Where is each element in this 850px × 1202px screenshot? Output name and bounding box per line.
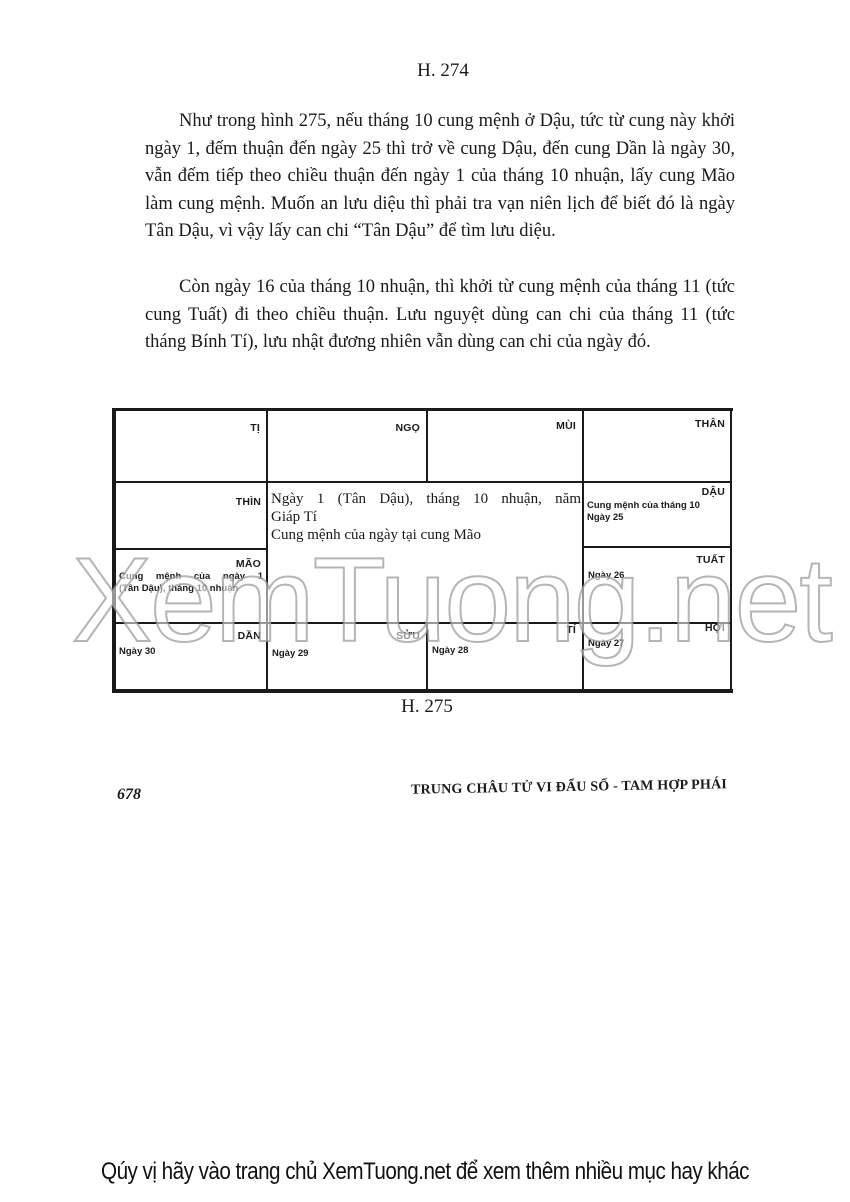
grid-line (112, 481, 732, 483)
center-line-2: Giáp Tí (271, 508, 581, 526)
dau-note-line-2: Ngày 25 (587, 512, 727, 524)
promo-banner: Qúy vị hãy vào trang chủ XemTuong.net để… (60, 1158, 791, 1186)
running-title: TRUNG CHÂU TỬ VI ĐẨU SỐ - TAM HỢP PHÁI (411, 777, 727, 799)
cell-label-mui: MÙI (428, 420, 576, 432)
cell-label-thin: THÌN (116, 496, 261, 508)
cell-label-than: THÂN (584, 418, 725, 430)
center-line-1: Ngày 1 (Tân Dậu), tháng 10 nhuận, năm (271, 490, 581, 508)
grid-border-bottom (112, 689, 733, 693)
watermark: XemTuong.net (72, 540, 831, 660)
body-paragraph-1: Như trong hình 275, nếu tháng 10 cung mệ… (145, 108, 735, 246)
cell-label-dau: DẬU (584, 486, 725, 498)
grid-border-top (112, 408, 733, 411)
page-number: 678 (117, 786, 141, 804)
figure-label-274: H. 274 (18, 60, 850, 82)
body-paragraph-2: Còn ngày 16 của tháng 10 nhuận, thì khởi… (145, 274, 735, 357)
cell-label-ti: TỊ (116, 422, 260, 434)
dau-note-line-1: Cung mệnh của tháng 10 (587, 500, 727, 512)
figure-label-275: H. 275 (2, 696, 850, 718)
grid-line (426, 408, 428, 481)
cell-label-ngo: NGỌ (268, 422, 420, 434)
cell-note-dau: Cung mệnh của tháng 10 Ngày 25 (587, 500, 727, 524)
